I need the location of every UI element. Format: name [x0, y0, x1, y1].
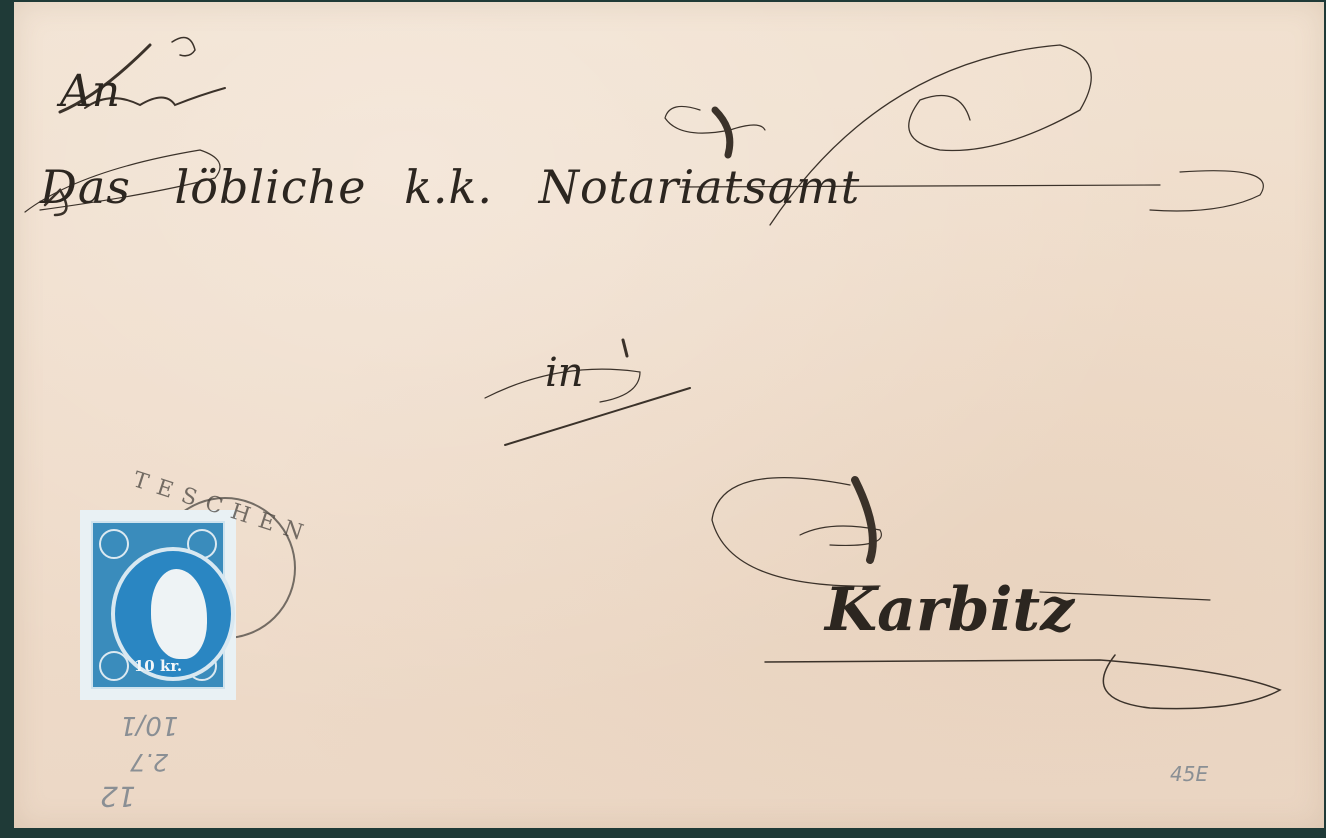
noun-notariatsamt: Notariatsamt: [539, 160, 861, 214]
emperor-portrait-icon: [151, 569, 207, 659]
address-line-recipient: Das löbliche k.k. Notariatsamt: [40, 160, 860, 214]
pencil-note-bottom-left-1: 10/1: [120, 710, 178, 740]
pencil-note-bottom-left-3: 12: [100, 780, 136, 813]
abbreviation-kk: k.k.: [404, 160, 493, 214]
stamp-value: 10 kr.: [93, 657, 223, 675]
pencil-note-bottom-right: 45E: [1170, 762, 1208, 786]
address-line-karbitz: Karbitz: [825, 575, 1074, 645]
article-das: Das: [40, 160, 131, 214]
postage-stamp: 10 kr.: [80, 510, 236, 700]
stamp-frame: 10 kr.: [91, 521, 225, 689]
address-line-in: in: [545, 350, 584, 396]
pencil-note-bottom-left-2: 2.7: [130, 748, 168, 776]
envelope: [14, 2, 1324, 828]
address-line-an: An: [60, 66, 120, 117]
adjective-loebliche: löbliche: [175, 160, 367, 214]
stamp-ornament-icon: [99, 529, 129, 559]
